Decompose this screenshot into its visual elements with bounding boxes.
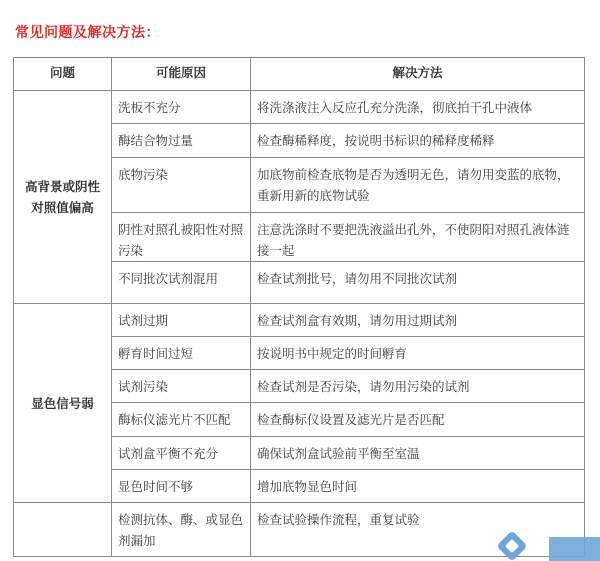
solution-cell: 按说明书中规定的时间孵育 — [251, 337, 585, 370]
solution-cell: 加底物前检查底物是否为透明无色，请勿用变蓝的底物，重新用新的底物试验 — [251, 158, 585, 213]
section-title: 常见问题及解决方法： — [15, 22, 160, 42]
cause-cell: 检测抗体、酶、或显色剂漏加 — [112, 503, 251, 557]
cause-cell: 试剂过期 — [112, 304, 251, 337]
solution-cell: 检查试剂是否污染，请勿用污染的试剂 — [251, 370, 585, 403]
table-body: 高背景或阴性对照值偏高洗板不充分将洗涤液注入反应孔充分洗涤，彻底拍干孔中液体酶结… — [14, 91, 585, 557]
cause-cell: 酶标仪滤光片不匹配 — [112, 403, 251, 437]
table-header-row: 问题 可能原因 解决方法 — [14, 58, 585, 91]
solution-cell: 检查试剂盒有效期，请勿用过期试剂 — [251, 304, 585, 337]
cause-cell: 阴性对照孔被阳性对照污染 — [112, 213, 251, 262]
watermark-badge — [549, 537, 600, 561]
solution-cell: 增加底物显色时间 — [251, 470, 585, 503]
cause-cell: 试剂盒平衡不充分 — [112, 437, 251, 470]
solution-cell: 检查试剂批号，请勿用不同批次试剂 — [251, 262, 585, 304]
solution-cell: 检查试验操作流程，重复试验 — [251, 503, 585, 557]
faq-table: 问题 可能原因 解决方法 高背景或阴性对照值偏高洗板不充分将洗涤液注入反应孔充分… — [13, 57, 585, 557]
solution-cell: 检查酶稀释度，按说明书标识的稀释度稀释 — [251, 124, 585, 158]
cause-cell: 不同批次试剂混用 — [112, 262, 251, 304]
header-cause: 可能原因 — [112, 58, 251, 91]
solution-cell: 确保试剂盒试验前平衡至室温 — [251, 437, 585, 470]
problem-cell: 高背景或阴性对照值偏高 — [14, 91, 112, 304]
solution-cell: 将洗涤液注入反应孔充分洗涤，彻底拍干孔中液体 — [251, 91, 585, 124]
cause-cell: 孵育时间过短 — [112, 337, 251, 370]
cause-cell: 显色时间不够 — [112, 470, 251, 503]
table-row: 高背景或阴性对照值偏高洗板不充分将洗涤液注入反应孔充分洗涤，彻底拍干孔中液体 — [14, 91, 585, 124]
problem-cell: 显色信号弱 — [14, 304, 112, 503]
table-row: 显色信号弱试剂过期检查试剂盒有效期，请勿用过期试剂 — [14, 304, 585, 337]
solution-cell: 检查酶标仪设置及滤光片是否匹配 — [251, 403, 585, 437]
cause-cell: 酶结合物过量 — [112, 124, 251, 158]
problem-cell — [14, 503, 112, 557]
header-solution: 解决方法 — [251, 58, 585, 91]
header-problem: 问题 — [14, 58, 112, 91]
cause-cell: 试剂污染 — [112, 370, 251, 403]
cause-cell: 洗板不充分 — [112, 91, 251, 124]
solution-cell: 注意洗涤时不要把洗液溢出孔外，不使阴阳对照孔液体涟接一起 — [251, 213, 585, 262]
cause-cell: 底物污染 — [112, 158, 251, 213]
